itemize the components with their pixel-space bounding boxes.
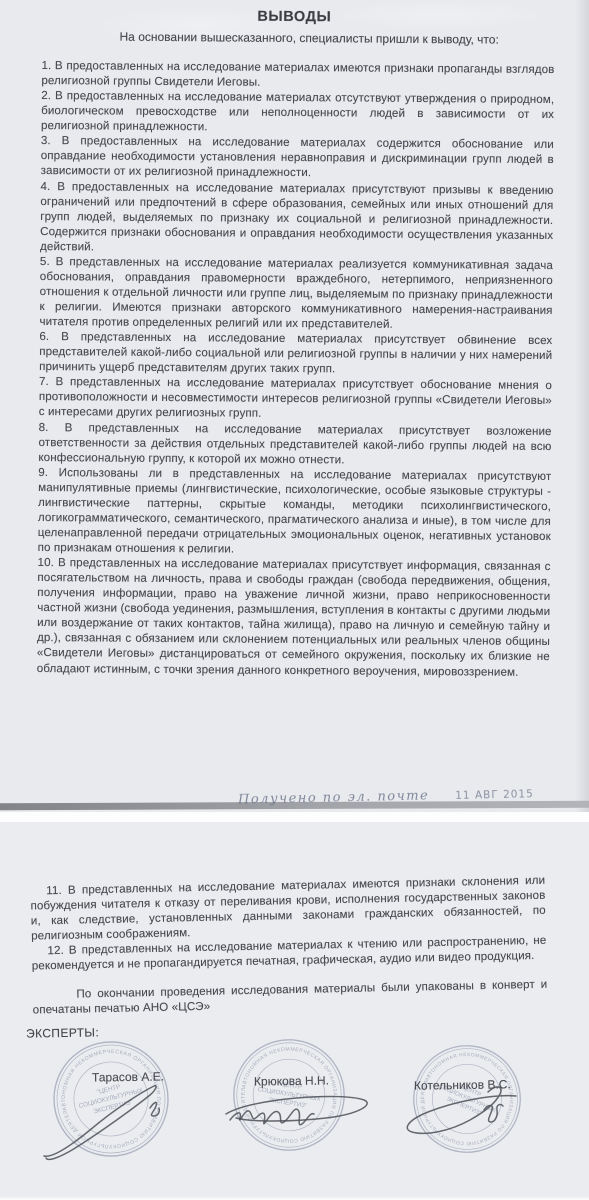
conclusion-paragraph-3: 3. В предоставленных на исследование мат…: [41, 133, 554, 182]
conclusion-paragraph-8: 8. В представленных на исследование мате…: [38, 420, 551, 469]
signature-tarasov: [38, 1070, 188, 1165]
conclusion-paragraph-4: 4. В предоставленных на исследование мат…: [40, 179, 554, 258]
scan-page-2: 11. В представленных на исследование мат…: [0, 822, 589, 1200]
conclusion-paragraph-6: 6. В представленных на исследование мате…: [39, 329, 552, 378]
conclusion-paragraph-1: 1. В предоставленных на исследование мат…: [41, 58, 554, 92]
scanned-document: { "page1": { "title": "ВЫВОДЫ", "subtitl…: [0, 0, 589, 1200]
conclusions-list-continued: 11. В представленных на исследование мат…: [0, 872, 589, 1019]
conclusion-paragraph-2: 2. В предоставленных на исследование мат…: [41, 88, 554, 137]
closing-paragraph: По окончании проведения исследования мат…: [32, 977, 548, 1018]
conclusion-paragraph-7: 7. В представленных на исследование мате…: [39, 374, 552, 423]
signature-kotelnikov: [398, 1074, 538, 1144]
conclusion-paragraph-9: 9. Использованы ли в представленных на и…: [38, 465, 552, 559]
signature-kryukova: [222, 1074, 382, 1154]
conclusions-list: 1. В предоставленных на исследование мат…: [0, 58, 589, 680]
conclusion-paragraph-5: 5. В представленных на исследование мате…: [39, 254, 553, 333]
date-stamp: 11 АВГ 2015: [455, 788, 534, 802]
document-subtitle: На основании вышесказанного, специалисты…: [60, 29, 559, 47]
conclusion-paragraph-11: 11. В представленных на исследование мат…: [30, 873, 546, 944]
experts-label: ЭКСПЕРТЫ:: [26, 1025, 99, 1040]
scan-page-1: ВЫВОДЫ На основании вышесказанного, спец…: [0, 0, 589, 812]
document-title: ВЫВОДЫ: [0, 0, 589, 27]
conclusion-paragraph-10: 10. В представленных на исследование мат…: [37, 555, 551, 680]
